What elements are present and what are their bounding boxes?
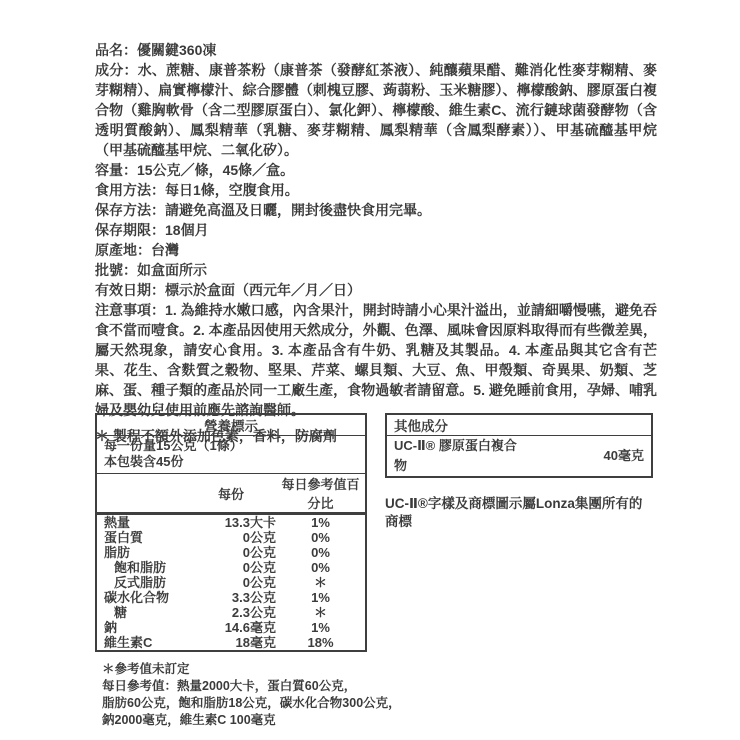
nutrient-dv: 18%: [276, 635, 366, 651]
field-net-content: 容量：15公克／條，45條／盒。: [95, 160, 657, 180]
field-shelf-life: 保存期限：18個月: [95, 220, 657, 240]
nutrient-dv: 1%: [276, 620, 366, 635]
nutrient-name: 脂肪: [96, 545, 186, 560]
nutrition-row-vitamin-c: 維生素C 18毫克 18%: [96, 635, 366, 651]
nutrient-amount: 0公克: [186, 560, 276, 575]
nutrient-dv: 0%: [276, 560, 366, 575]
nutrient-name: 反式脂肪: [96, 575, 186, 590]
nutrition-footnote: 鈉2000毫克，維生素C 100毫克: [102, 712, 369, 729]
product-label-document: { "page": { "background": "#ffffff", "te…: [0, 0, 740, 740]
nutrition-row-trans-fat: 反式脂肪 0公克 ＊: [96, 575, 366, 590]
nutrient-amount: 14.6毫克: [186, 620, 276, 635]
field-precautions: 注意事項：1. 為維持水嫩口感，內含果汁，開封時請小心果汁溢出，並請細嚼慢嚥，避…: [95, 300, 657, 420]
nutrition-footnote: ＊參考值未訂定: [102, 661, 369, 678]
column-header-row: 每份 每日參考值百分比: [96, 474, 366, 514]
nutrient-amount: 18毫克: [186, 635, 276, 651]
field-usage: 食用方法：每日1條，空腹食用。: [95, 180, 657, 200]
nutrient-name: 飽和脂肪: [96, 560, 186, 575]
other-ingredient-name: UC-Ⅱ® 膠原蛋白複合物: [386, 436, 519, 478]
serving-info-row: 每一份量15公克（1條） 本包裝含45份: [96, 436, 366, 474]
nutrient-dv: 1%: [276, 514, 366, 531]
nutrition-table-title: 營養標示: [96, 414, 366, 436]
other-ingredients-title-row: 其他成分: [386, 414, 652, 436]
column-header-daily-value: 每日參考值百分比: [276, 474, 366, 514]
nutrition-footnotes: ＊參考值未訂定 每日參考值：熱量2000大卡，蛋白質60公克， 脂肪60公克，飽…: [95, 661, 369, 729]
nutrient-name: 糖: [96, 605, 186, 620]
nutrition-row-sugar: 糖 2.3公克 ＊: [96, 605, 366, 620]
nutrient-amount: 0公克: [186, 575, 276, 590]
nutrient-amount: 0公克: [186, 545, 276, 560]
nutrient-amount: 13.3大卡: [186, 514, 276, 531]
other-ingredient-amount: 40毫克: [519, 436, 652, 478]
nutrition-footnote: 脂肪60公克，飽和脂肪18公克，碳水化合物300公克，: [102, 695, 369, 712]
nutrient-amount: 3.3公克: [186, 590, 276, 605]
nutrient-dv: 0%: [276, 530, 366, 545]
nutrition-table-title-row: 營養標示: [96, 414, 366, 436]
servings-per-pack: 本包裝含45份: [104, 454, 365, 470]
nutrient-amount: 0公克: [186, 530, 276, 545]
nutrient-name: 鈉: [96, 620, 186, 635]
nutrient-dv: ＊: [276, 575, 366, 590]
nutrient-dv: ＊: [276, 605, 366, 620]
nutrient-name: 蛋白質: [96, 530, 186, 545]
other-ingredient-row: UC-Ⅱ® 膠原蛋白複合物 40毫克: [386, 436, 652, 478]
nutrition-row-calories: 熱量 13.3大卡 1%: [96, 514, 366, 531]
nutrient-dv: 1%: [276, 590, 366, 605]
nutrient-amount: 2.3公克: [186, 605, 276, 620]
nutrition-footnote: 每日參考值：熱量2000大卡，蛋白質60公克，: [102, 678, 369, 695]
field-ingredients: 成分：水、蔗糖、康普茶粉（康普茶（發酵紅茶液）、純釀蘋果醋、難消化性麥芽糊精、麥…: [95, 60, 657, 160]
other-ingredients-table: 其他成分 UC-Ⅱ® 膠原蛋白複合物 40毫克: [385, 413, 653, 478]
column-header-per-serving: 每份: [186, 474, 276, 514]
other-ingredients-section: 其他成分 UC-Ⅱ® 膠原蛋白複合物 40毫克 UC-Ⅱ®字樣及商標圖示屬Lon…: [385, 413, 655, 545]
field-storage: 保存方法：請避免高溫及日曬，開封後盡快食用完畢。: [95, 200, 657, 220]
nutrient-name: 熱量: [96, 514, 186, 531]
field-expiry-date: 有效日期：標示於盒面（西元年／月／日）: [95, 280, 657, 300]
nutrition-row-fat: 脂肪 0公克 0%: [96, 545, 366, 560]
trademark-note: UC-Ⅱ®字樣及商標圖示屬Lonza集團所有的商標: [385, 495, 655, 531]
nutrition-row-saturated-fat: 飽和脂肪 0公克 0%: [96, 560, 366, 575]
nutrition-row-carbohydrate: 碳水化合物 3.3公克 1%: [96, 590, 366, 605]
nutrition-row-sodium: 鈉 14.6毫克 1%: [96, 620, 366, 635]
nutrient-dv: 0%: [276, 545, 366, 560]
field-origin: 原產地：台灣: [95, 240, 657, 260]
other-ingredients-title: 其他成分: [386, 414, 652, 436]
nutrition-section: 營養標示 每一份量15公克（1條） 本包裝含45份 每份 每日參考值百分比 熱量…: [95, 413, 369, 729]
serving-size: 每一份量15公克（1條）: [104, 438, 365, 454]
field-product-name: 品名：優關鍵360凍: [95, 40, 657, 60]
nutrient-name: 碳水化合物: [96, 590, 186, 605]
nutrition-row-protein: 蛋白質 0公克 0%: [96, 530, 366, 545]
field-batch-number: 批號：如盒面所示: [95, 260, 657, 280]
nutrient-name: 維生素C: [96, 635, 186, 651]
product-info-section: 品名：優關鍵360凍 成分：水、蔗糖、康普茶粉（康普茶（發酵紅茶液）、純釀蘋果醋…: [95, 40, 657, 446]
nutrition-table: 營養標示 每一份量15公克（1條） 本包裝含45份 每份 每日參考值百分比 熱量…: [95, 413, 367, 652]
